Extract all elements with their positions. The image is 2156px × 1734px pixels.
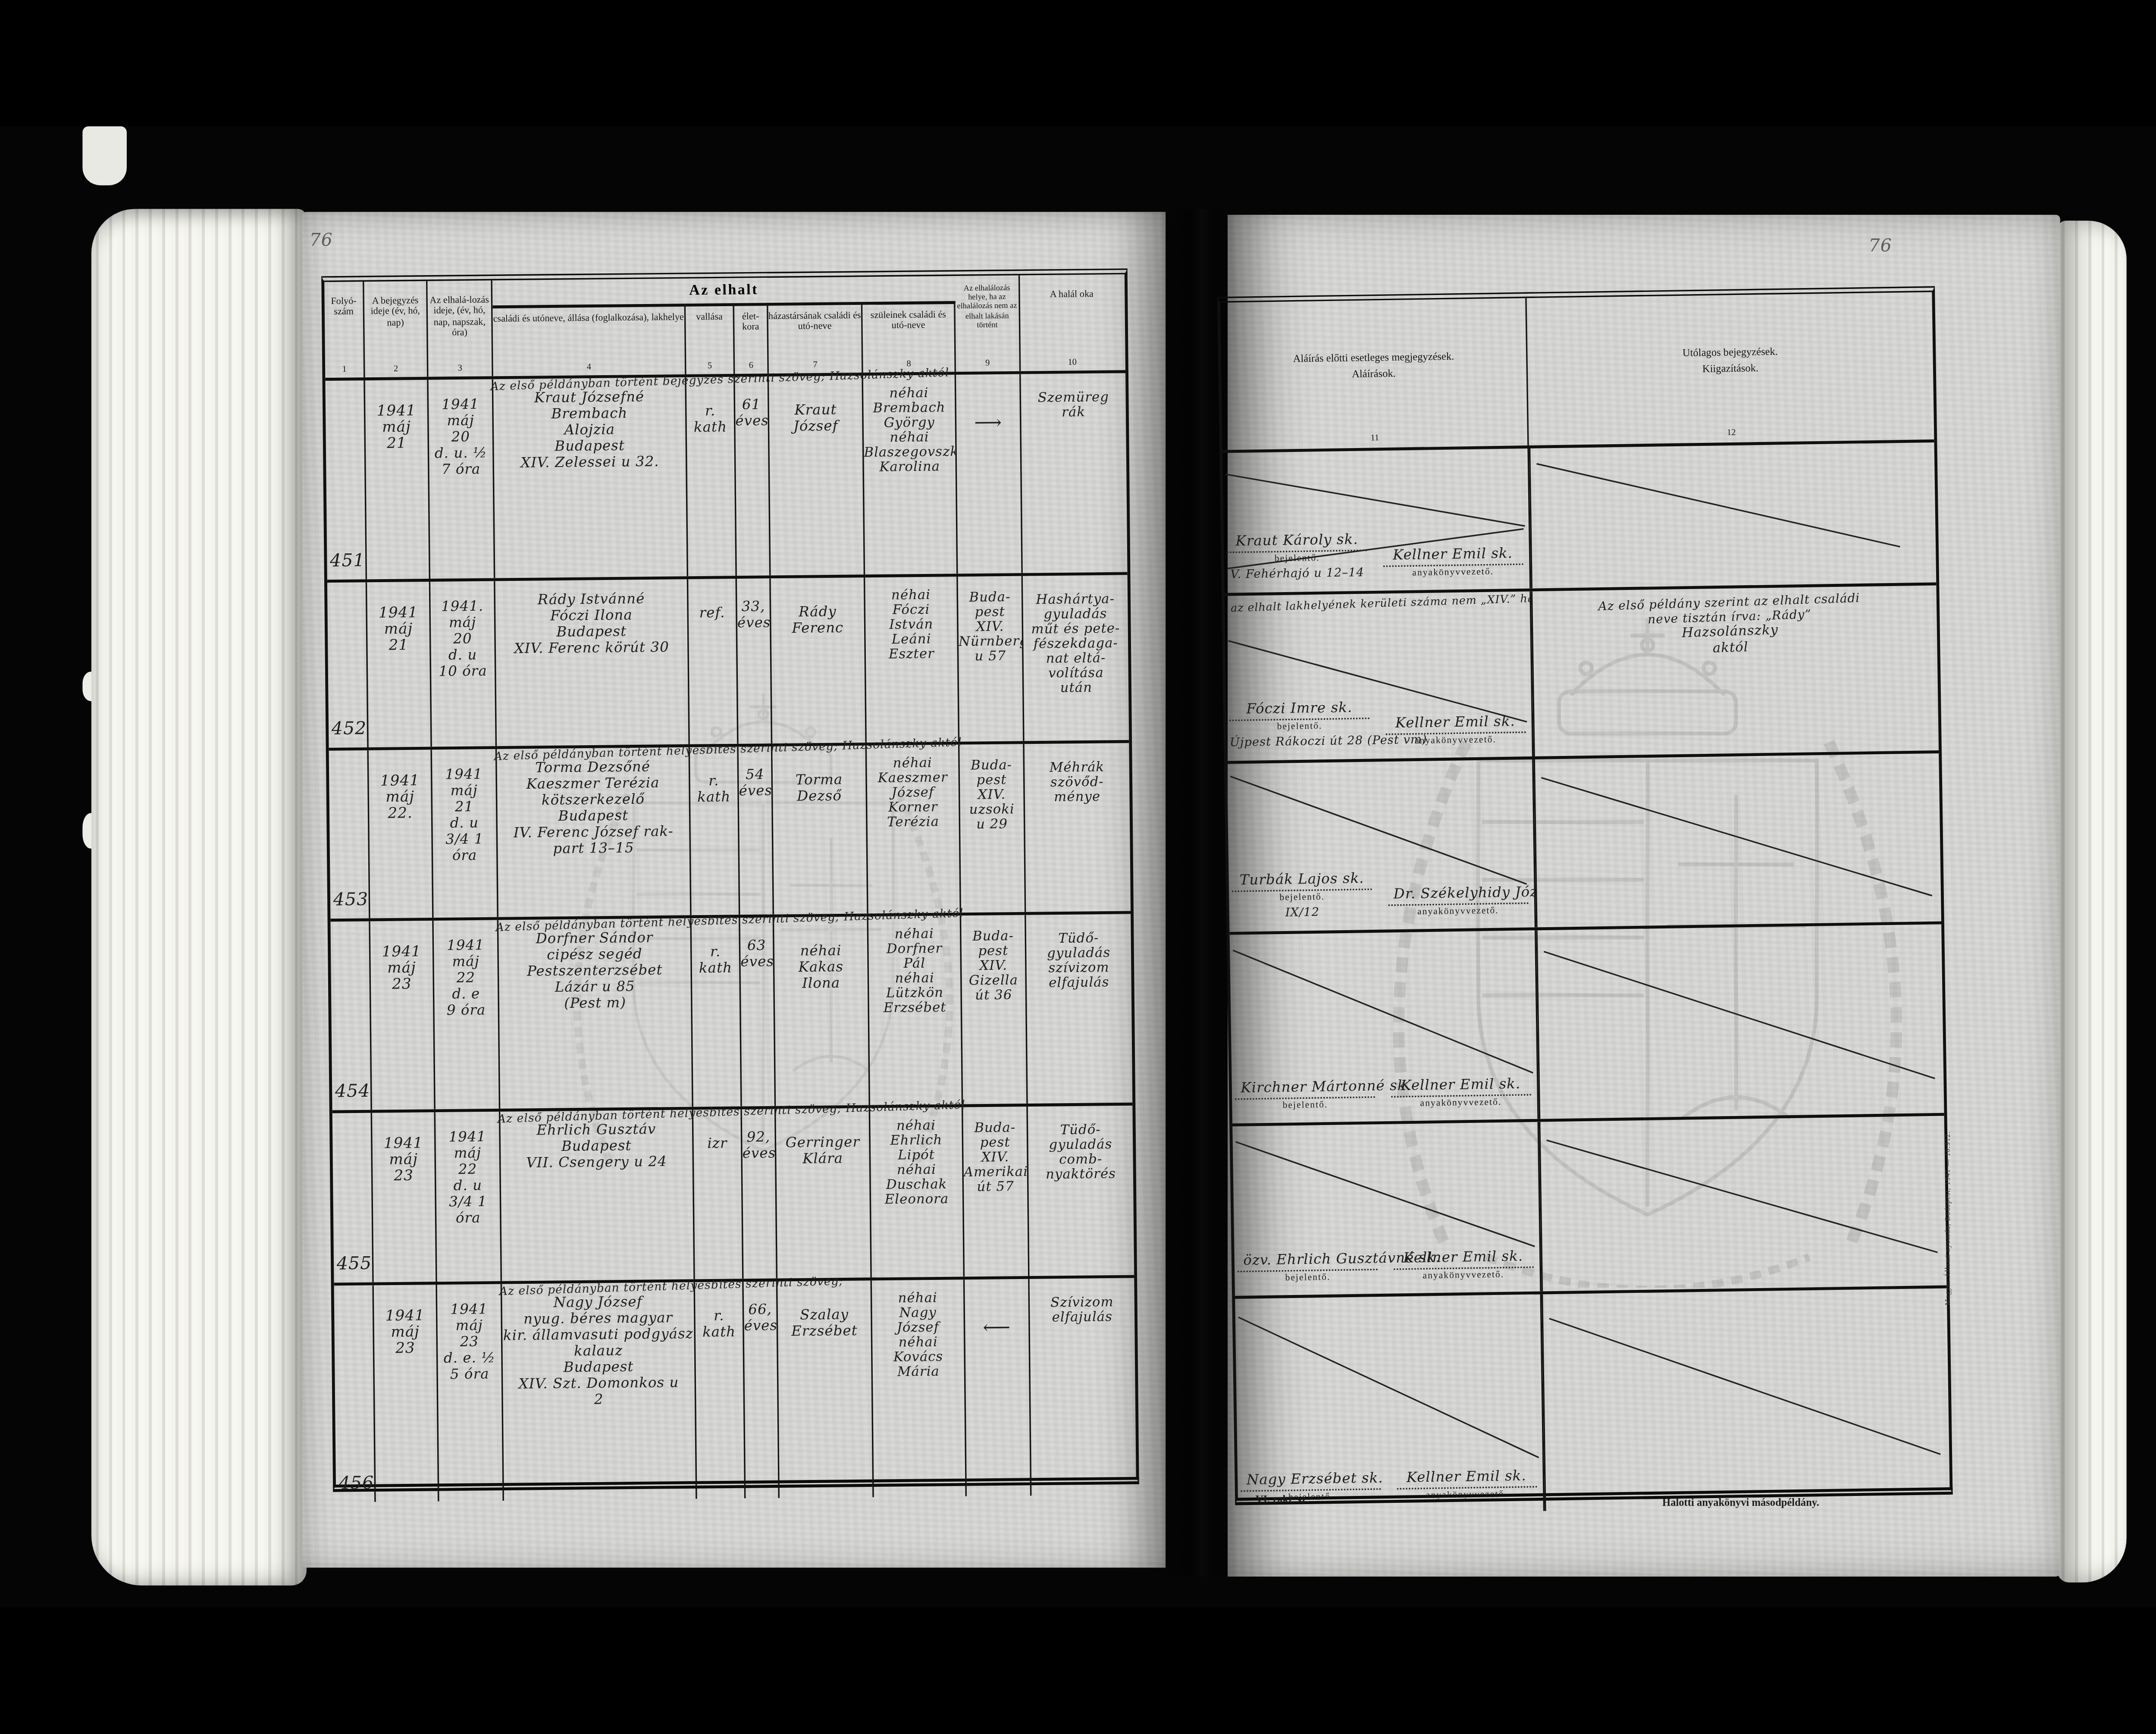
entry-text-line: Budapest <box>501 1138 693 1156</box>
entry-text-line: izr <box>694 1136 741 1153</box>
entry-text-line: éves <box>739 783 772 800</box>
entry-text-line: 63 <box>740 938 773 954</box>
registrar-signature-block: Dr. Székelyhidy József sk.anyakönyvvezet… <box>1388 885 1528 918</box>
entry-text-line: Eleonora <box>871 1193 962 1208</box>
entry-text-line: ref. <box>689 605 736 622</box>
scan-artifact <box>82 126 127 185</box>
entry-text-line: éves <box>743 1146 775 1162</box>
entry-text-line: Mária <box>873 1365 964 1381</box>
entry-col-9: Buda-pestXIV.Gizellaút 36 <box>961 915 1028 1104</box>
registrar-signature: Kellner Emil sk. <box>1393 1249 1533 1270</box>
entry-text-line: Hashártya- <box>1023 593 1128 608</box>
entry-col-8: néhaiNagyJózsefnéhaiKovácsMária <box>872 1279 967 1497</box>
entry-text-line: 1941 <box>437 1302 501 1319</box>
reporter-role-label: bejelentő. <box>1238 1270 1378 1284</box>
entry-text-line: Nagy <box>872 1306 964 1322</box>
entry-text-line: néhai <box>872 1336 964 1351</box>
reporter-address-note: Újpest Rákoczi út 28 (Pest vm) <box>1229 731 1370 749</box>
entry-text-line: 23 <box>371 977 433 994</box>
later-entries-cell <box>1539 1116 1947 1292</box>
entry-col-3: 1941máj20d. u. ½7 óra <box>429 379 495 579</box>
entry-text-line: kath <box>687 420 734 436</box>
entry-text-line: Eszter <box>866 647 957 663</box>
entry-col-5: r.kath <box>686 377 737 576</box>
registrar-signature-block: Kellner Emil sk.anyakönyvvezető. <box>1396 1468 1537 1502</box>
entry-text-line: Rády Istvánné <box>495 591 687 609</box>
scanned-death-register-spread: 76 76 <box>0 126 2156 1608</box>
entry-col-9: ⟶ <box>956 374 1023 574</box>
entry-text-line: Buda- <box>961 930 1025 945</box>
entry-text-line: máj <box>373 1152 435 1169</box>
entry-text-line: éves <box>737 615 770 632</box>
entry-text-line: néhai <box>863 386 955 402</box>
later-entries-cell <box>1533 753 1941 928</box>
entry-text-line: pest <box>963 1136 1027 1151</box>
entry-serial-number: 451 <box>330 550 365 571</box>
registrar-role-label: anyakönyvvezető. <box>1383 565 1523 579</box>
remarks-signatures-cell: Kraut Károly sk.bejelentő.V. Fehérhajó u… <box>1222 448 1531 593</box>
entry-serial-number: 453 <box>333 889 369 910</box>
entry-text-line: d. e <box>434 986 498 1003</box>
reporter-signature: Kirchner Mártonné sk. <box>1235 1079 1375 1100</box>
entry-text-line: kath <box>690 790 738 806</box>
entry-text-line: József <box>867 786 959 802</box>
entry-text-line: máj <box>429 413 492 430</box>
entry-text-line: 7 óra <box>429 462 492 479</box>
entry-text-line: Pestszenterzsébet <box>499 963 691 981</box>
entry-col-9: Buda-pestXIV.Amerikaiút 57 <box>963 1107 1029 1276</box>
entry-text-line: Leáni <box>866 633 957 648</box>
entry-text-line: 2 <box>503 1391 695 1409</box>
entry-text-line: György <box>864 416 955 432</box>
entry-text-line: Lützkön <box>869 986 960 1002</box>
right-table-header: Aláírás előtti esetleges megjegyzések. A… <box>1220 292 1934 453</box>
entry-text-line: kir. államvasuti podgyász <box>502 1326 694 1345</box>
entry-col-10: Tüdő-gyuladásszívizomelfajulás <box>1026 914 1132 1104</box>
entry-text-line: Rády <box>771 604 864 621</box>
remarks-signatures-cell: Nagy Erzsébet sk.bejelentő.Kellner Emil … <box>1235 1294 1545 1515</box>
entry-text-line: néhai <box>872 1292 963 1307</box>
entry-col-9: Buda-pestXIV.uzsokiu 29 <box>959 744 1026 912</box>
storage-number-label: VI. rakt. sz. <box>1256 1494 1309 1506</box>
entry-col-3: 1941máj23d. e. ½5 óra <box>437 1284 504 1502</box>
reporter-signature-block: özv. Ehrlich Gusztávné sk.bejelentő. <box>1237 1251 1378 1284</box>
entry-text-line: pest <box>958 605 1022 621</box>
entry-text-line: cipész segéd <box>499 946 691 964</box>
entry-text-line: ménye <box>1025 790 1130 806</box>
entry-text-line: Szemüreg <box>1021 391 1126 407</box>
entry-col-1: 451 <box>325 380 367 580</box>
entry-text-line: 21 <box>432 799 496 816</box>
entry-col-3: 1941.máj20d. u10 óra <box>430 581 497 747</box>
register-row-455: 4551941máj231941máj22d. u3/4 1óraEhrlich… <box>332 1106 1134 1286</box>
entry-text-line: Erzsébet <box>869 1001 961 1017</box>
remarks-signatures-cell: Turbák Lajos sk.bejelentő.IX/12Dr. Széke… <box>1227 759 1536 932</box>
registrar-signature-block: Kellner Emil sk.anyakönyvvezető. <box>1390 1076 1531 1110</box>
entry-text-line: máj <box>374 1324 436 1341</box>
entry-text-line: Dorfner <box>868 942 960 958</box>
entry-text-line: 3/4 1 <box>433 832 496 849</box>
entry-col-1: 455 <box>332 1113 374 1283</box>
entry-text-line: Dezső <box>773 788 866 806</box>
reporter-signature: Kraut Károly sk. <box>1227 532 1367 553</box>
entry-text-line: Brembach <box>863 401 955 417</box>
entry-text-line: Nürnberg <box>959 635 1022 651</box>
entry-text-line: Budapest <box>494 438 686 456</box>
entry-col-2: 1941máj22. <box>369 750 434 919</box>
entry-text-line: Klára <box>776 1151 869 1168</box>
no-separate-place-arrow: ⟵ <box>965 1279 1028 1340</box>
entry-text-line: 22. <box>369 806 431 822</box>
entry-text-line: kath <box>692 960 740 977</box>
entry-col-6: 33,éves <box>737 578 772 744</box>
registrar-signature: Kellner Emil sk. <box>1385 714 1526 735</box>
header-hazastars: házastársának családi és utó-neve7 <box>768 302 863 373</box>
entry-col-3: 1941máj22d. u3/4 1óra <box>436 1112 502 1282</box>
entry-col-1: 452 <box>327 582 369 748</box>
later-entries-cell <box>1529 442 1937 589</box>
entry-col-5: ref. <box>688 579 738 744</box>
register-row-451: 4511941máj211941máj20d. u. ½7 óraKraut J… <box>325 373 1127 583</box>
cancellation-stroke <box>1235 1141 1535 1248</box>
entry-text-line: XIV. Zelessei u 32. <box>494 454 686 472</box>
header-elhalalozas-helye: Az elhalálozás helye, ha az elhalálozás … <box>955 276 1021 372</box>
entry-col-10: Méhrákszövőd-ménye <box>1025 743 1131 912</box>
entry-text-line: 20 <box>431 631 494 648</box>
entry-text-line: Méhrák <box>1025 761 1129 777</box>
registrar-role-label: anyakönyvvezető. <box>1391 1095 1531 1109</box>
registrar-signature-block: Kellner Emil sk.anyakönyvvezető. <box>1393 1249 1533 1282</box>
entry-text-line: 21 <box>366 436 428 453</box>
cancellation-stroke <box>1225 473 1524 527</box>
entry-col-10: Hashártya-gyuladásműt és pete-fészekdaga… <box>1023 575 1129 741</box>
entry-text-line: Amerikai <box>964 1166 1027 1181</box>
entry-col-7: KrautJózsef <box>769 376 865 575</box>
entry-text-line: 92, <box>742 1130 775 1146</box>
entry-col-7: TormaDezső <box>772 746 868 915</box>
signature-row-456: Nagy Erzsébet sk.bejelentő.Kellner Emil … <box>1235 1289 1950 1516</box>
signature-row-452: az elhalt lakhelyének kerületi száma nem… <box>1225 586 1939 764</box>
entry-text-line: Kakas <box>774 959 868 976</box>
entry-text-line: éves <box>744 1318 777 1335</box>
cancellation-stroke <box>1230 776 1527 885</box>
entry-text-line: Buda- <box>963 1121 1027 1137</box>
entry-text-line: néhai <box>870 1119 962 1135</box>
registrar-signature-block: Kellner Emil sk.anyakönyvvezető. <box>1382 546 1523 579</box>
entry-text-line: út 57 <box>964 1180 1027 1196</box>
entry-serial-number: 452 <box>332 718 367 739</box>
registrar-role-label: anyakönyvvezető. <box>1393 1268 1534 1282</box>
entry-text-line: Lázár u 85 <box>499 978 691 997</box>
entry-text-line: elfajulás <box>1030 1311 1134 1326</box>
entry-text-line: XIV. <box>962 959 1025 975</box>
cancellation-stroke <box>1232 950 1532 1074</box>
entry-col-2: 1941máj21 <box>367 582 432 747</box>
reporter-address-note: V. Fehérhajó u 12–14 <box>1227 563 1368 581</box>
entry-text-line: u 29 <box>960 818 1024 833</box>
entry-text-line: XIV. <box>963 1151 1027 1166</box>
cancellation-stroke <box>1543 951 1935 1079</box>
entry-text-line: Szívizom <box>1030 1296 1134 1312</box>
entry-col-8: néhaiEhrlichLipótnéhaiDuschakEleonora <box>870 1107 965 1278</box>
entry-text-line: uzsoki <box>960 803 1024 818</box>
entry-text-line: máj <box>436 1145 499 1162</box>
entry-text-line: máj <box>432 783 496 800</box>
entry-text-line: r. <box>686 404 734 420</box>
cancellation-stroke <box>1238 1317 1539 1458</box>
entry-col-2: 1941máj23 <box>370 921 436 1110</box>
entry-text-line: 66, <box>744 1302 777 1318</box>
entry-text-line: 1941 <box>432 767 495 784</box>
entry-text-line: Karolina <box>864 460 956 476</box>
district-correction-note: az elhalt lakhelyének kerületi száma nem… <box>1231 592 1530 615</box>
entry-text-line: 54 <box>739 767 771 784</box>
entry-text-line: 1941 <box>429 397 492 414</box>
right-table-rows: Kraut Károly sk.bejelentő.V. Fehérhajó u… <box>1222 442 1950 1515</box>
entry-col-2: 1941máj23 <box>372 1112 437 1282</box>
entry-text-line: Budapest <box>503 1359 695 1377</box>
header-eletkora: élet-kora6 <box>734 303 769 374</box>
entry-text-line: 3/4 1 <box>436 1194 500 1211</box>
registrar-signature: Kellner Emil sk. <box>1390 1076 1531 1097</box>
signature-row-453: Turbák Lajos sk.bejelentő.IX/12Dr. Széke… <box>1227 753 1941 935</box>
entry-text-line: óra <box>436 1210 500 1227</box>
entry-text-line: nyug. béres magyar <box>502 1310 694 1328</box>
entry-text-line: néhai <box>865 589 957 604</box>
entry-text-line: néhai <box>864 431 955 446</box>
entry-col-6: 66,éves <box>744 1282 780 1499</box>
entry-text-line: Ilona <box>774 975 868 993</box>
entry-text-line: 1941 <box>434 938 497 955</box>
entry-text-line: pest <box>962 944 1025 960</box>
entry-text-line: fészekdaga- <box>1023 637 1128 653</box>
entry-text-line: XIV. <box>960 788 1023 804</box>
register-row-456: 4561941máj231941máj23d. e. ½5 óraNagy Jó… <box>334 1278 1137 1502</box>
entry-text-line: máj <box>371 960 433 977</box>
entry-text-line: Torma <box>773 772 866 789</box>
remarks-signatures-cell: özv. Ehrlich Gusztávné sk.bejelentő.Kell… <box>1232 1122 1542 1296</box>
register-row-452: 4521941máj211941.máj20d. u10 óraRády Ist… <box>327 575 1129 750</box>
cancellation-stroke <box>1549 1318 1940 1455</box>
registrar-signature: Kellner Emil sk. <box>1396 1468 1537 1489</box>
later-entries-cell <box>1542 1289 1950 1511</box>
header-nev-allas-lakhely: családi és utóneve, állása (foglalkozása… <box>492 304 686 376</box>
entry-text-line: d. u <box>436 1178 499 1195</box>
entry-text-line: elfajulás <box>1027 976 1131 992</box>
header-folyoszam: Folyó-szám1 <box>324 282 365 378</box>
entry-col-8: néhaiBrembachGyörgynéhaiBlaszegovszkyKar… <box>863 375 958 574</box>
entry-col-10: Tüdő-gyuladáscomb-nyaktörés <box>1028 1106 1134 1276</box>
signature-row-451: Kraut Károly sk.bejelentő.V. Fehérhajó u… <box>1222 442 1936 596</box>
entry-text-line: Budapest <box>498 808 689 826</box>
entry-text-line: Ehrlich <box>871 1134 962 1149</box>
name-correction-note: Az első példány szerint az elhalt család… <box>1535 588 1924 664</box>
entry-text-line: Pál <box>869 957 960 972</box>
header-vallasa: vallása5 <box>686 303 735 374</box>
cancellation-stroke <box>1541 777 1933 897</box>
entry-col-4: Ehrlich GusztávBudapestVII. Csengery u 2… <box>500 1110 695 1281</box>
entry-text-line: Brembach <box>494 405 686 423</box>
entry-text-line: Kaeszmer <box>867 771 959 787</box>
entry-col-6: 63éves <box>740 917 776 1106</box>
header-alairasok: Aláírás előtti esetleges megjegyzések. A… <box>1220 298 1529 450</box>
signature-row-454: Kirchner Mártonné sk.bejelentő.Kellner E… <box>1230 924 1944 1126</box>
book-page-edges-right <box>2057 221 2127 1583</box>
entry-col-5: izr <box>693 1109 744 1279</box>
book-page-edges-left <box>91 209 307 1586</box>
register-row-453: 4531941máj22.1941máj21d. u3/4 1óraTorma … <box>329 743 1131 922</box>
remarks-signatures-cell: az elhalt lakhelyének kerületi száma nem… <box>1225 591 1533 761</box>
entry-col-7: SzalayErzsébet <box>777 1280 874 1498</box>
reporter-signature-block: Turbák Lajos sk.bejelentő.IX/12 <box>1232 871 1373 920</box>
entry-text-line: part 13–15 <box>498 840 689 858</box>
entry-col-8: néhaiFócziIstvánLeániEszter <box>865 577 959 743</box>
entry-text-line: Kaeszmer Terézia <box>497 775 689 793</box>
entry-text-line: Fóczi Ilona <box>495 607 687 625</box>
entry-col-4: Nagy Józsefnyug. béres magyarkir. államv… <box>502 1282 697 1501</box>
entry-text-line: 1941 <box>370 944 432 961</box>
entry-col-4: Torma DezsőnéKaeszmer Teréziakötszerkeze… <box>497 747 691 917</box>
entry-text-line: 20 <box>429 430 492 446</box>
reporter-signature: Nagy Erzsébet sk. <box>1241 1471 1381 1492</box>
entry-col-4: Dorfner Sándorcipész segédPestszenterzsé… <box>498 918 693 1109</box>
entry-text-line: 61 <box>735 397 768 414</box>
entry-text-line: Buda- <box>960 759 1023 774</box>
entry-text-line: Erzsébet <box>778 1323 871 1341</box>
entry-text-line: Szalay <box>778 1307 871 1324</box>
entry-text-line: József <box>872 1321 964 1336</box>
entry-text-line: 9 óra <box>434 1003 498 1019</box>
entry-text-line: rák <box>1021 405 1126 421</box>
entry-text-line: 1941 <box>365 403 427 420</box>
entry-text-line: néhai <box>871 1163 962 1179</box>
entry-text-line: 23 <box>373 1168 435 1185</box>
entry-text-line: Tüdő- <box>1026 931 1131 947</box>
entry-text-line: (Pest m) <box>499 995 691 1013</box>
reporter-signature: Turbák Lajos sk. <box>1232 871 1372 892</box>
header-elhalalozas-ideje: Az elhalá-lozás ideje, (év, hó, nap, nap… <box>427 280 493 377</box>
entry-col-2: 1941máj23 <box>374 1285 439 1502</box>
entry-col-3: 1941máj22d. e9 óra <box>434 920 501 1110</box>
header-halal-oka: A halál oka10 <box>1020 274 1124 371</box>
entry-text-line: 21 <box>367 638 429 655</box>
registrar-role-label: anyakönyvvezető. <box>1385 733 1526 747</box>
entry-col-8: néhaiDorfnerPálnéhaiLützkönErzsébet <box>868 916 963 1105</box>
entry-col-1: 453 <box>329 750 370 919</box>
entry-text-line: út 36 <box>962 989 1025 1004</box>
entry-col-7: GerringerKlára <box>776 1108 871 1279</box>
entry-col-8: néhaiKaeszmerJózsefKornerTerézia <box>867 745 961 914</box>
entry-col-5: r.kath <box>695 1282 746 1499</box>
entry-col-1: 454 <box>330 921 372 1110</box>
entry-text-line: máj <box>367 621 429 638</box>
entry-text-line: József <box>769 418 862 436</box>
entry-text-line: gyuladás <box>1026 947 1131 963</box>
entry-text-line: Duschak <box>871 1178 962 1194</box>
death-register-table: Folyó-szám1 A bejegyzés ideje (év, hó, n… <box>321 269 1139 1492</box>
entry-col-1: 456 <box>334 1286 376 1502</box>
entry-text-line: d. u. ½ <box>429 445 492 462</box>
entry-col-4: Kraut JózsefnéBrembachAlojziaBudapestXIV… <box>493 377 688 578</box>
left-table-rows: 4511941máj211941máj20d. u. ½7 óraKraut J… <box>325 373 1136 1502</box>
entry-serial-number: 455 <box>337 1253 372 1274</box>
entry-text-line: Alojzia <box>494 422 686 440</box>
registrar-role-label: anyakönyvvezető. <box>1397 1487 1537 1501</box>
entry-text-line: 1941 <box>367 605 429 622</box>
page-number-left: 76 <box>310 229 333 250</box>
entry-text-line: 22 <box>436 1162 499 1179</box>
registrar-role-label: anyakönyvvezető. <box>1388 904 1528 918</box>
entry-text-line: Fóczi <box>865 603 957 619</box>
entry-text-line: néhai <box>774 943 868 960</box>
entry-col-5: r.kath <box>692 918 742 1107</box>
entry-serial-number: 454 <box>335 1081 370 1102</box>
entry-text-line: 23 <box>438 1334 501 1351</box>
entry-text-line: kalauz <box>502 1343 694 1361</box>
entry-text-line: XIV. <box>959 620 1022 636</box>
entry-text-line: Ferenc <box>771 620 864 637</box>
header-bejegyzes-ideje: A bejegyzés ideje (év, hó, nap)2 <box>364 281 428 378</box>
reporter-role-label: bejelentő. <box>1235 1098 1376 1112</box>
entry-text-line: 22 <box>434 970 498 987</box>
entry-text-line: kath <box>696 1324 743 1341</box>
later-entries-cell: Az első példány szerint az elhalt család… <box>1531 586 1939 757</box>
header-szulei: szüleinek családi és utó-neve8 <box>862 301 956 373</box>
entry-text-line: máj <box>431 615 494 632</box>
entry-text-line: nat eltá- <box>1024 652 1128 668</box>
reporter-signature-block: Kraut Károly sk.bejelentő.V. Fehérhajó u… <box>1227 532 1368 581</box>
reporter-signature-block: Kirchner Mártonné sk.bejelentő. <box>1235 1079 1375 1112</box>
entry-text-line: gyuladás <box>1028 1138 1133 1154</box>
entry-text-line: 1941 <box>372 1136 434 1153</box>
entry-text-line: Budapest <box>495 624 687 642</box>
entry-text-line: nyaktörés <box>1028 1167 1133 1183</box>
entry-text-line: kötszerkezelő <box>497 791 689 809</box>
entry-text-line: gyuladás <box>1023 608 1128 624</box>
entry-col-5: r.kath <box>690 747 740 916</box>
entry-text-line: Lipót <box>871 1148 962 1164</box>
entry-text-line: 33, <box>737 599 770 615</box>
entry-col-7: néhaiKakasIlona <box>774 916 870 1106</box>
register-copy-label: Halotti anyakönyvi másodpéldány. <box>1662 1497 1819 1509</box>
reporter-address-note: IX/12 <box>1232 902 1373 920</box>
entry-text-line: volítása <box>1024 666 1128 682</box>
cancellation-stroke <box>1536 463 1901 548</box>
entry-col-4: Rády IstvánnéFóczi IlonaBudapestXIV. Fer… <box>495 579 689 746</box>
entry-text-line: máj <box>438 1318 501 1335</box>
entry-text-line: comb- <box>1028 1153 1133 1169</box>
entry-col-7: RádyFerenc <box>771 577 867 743</box>
entry-text-line: VII. Csengery u 24 <box>501 1154 693 1172</box>
entry-text-line: Blaszegovszky <box>864 445 955 461</box>
entry-col-6: 54éves <box>739 746 774 915</box>
remarks-signatures-cell: Kirchner Mártonné sk.bejelentő.Kellner E… <box>1230 930 1539 1123</box>
later-entries-cell <box>1536 924 1944 1119</box>
header-utolagos-bejegyzesek: Utólagos bejegyzések. Kiigazítások. 12 <box>1527 292 1934 445</box>
entry-text-line: d. e. ½ <box>438 1350 501 1367</box>
registrar-signature: Dr. Székelyhidy József sk. <box>1388 885 1528 906</box>
remarks-signatures-table: Aláírás előtti esetleges megjegyzések. A… <box>1217 286 1953 1505</box>
entry-text-line: 10 óra <box>431 664 495 680</box>
entry-text-line: éves <box>735 414 768 430</box>
entry-text-line: néhai <box>868 928 960 943</box>
entry-text-line: műt és pete- <box>1023 622 1128 638</box>
entry-text-line: szövőd- <box>1025 775 1129 791</box>
entry-text-line: 5 óra <box>438 1367 501 1383</box>
entry-text-line: Korner <box>867 801 959 816</box>
entry-text-line: Tüdő- <box>1028 1123 1133 1139</box>
entry-text-line: 1941 <box>374 1308 436 1325</box>
